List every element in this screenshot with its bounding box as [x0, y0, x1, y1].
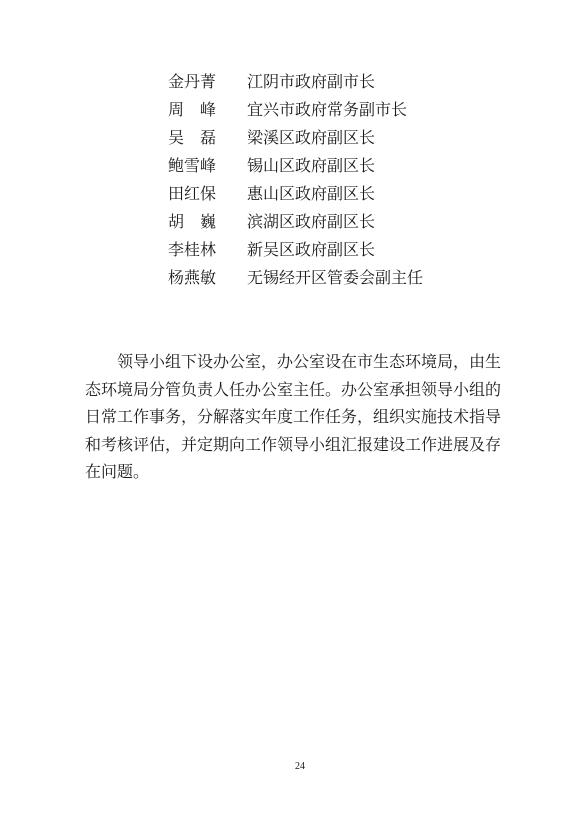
- official-name: 周 峰: [168, 97, 216, 125]
- page-number: 24: [295, 761, 305, 772]
- official-name: 李桂林: [168, 237, 216, 265]
- official-title: 无锡经开区管委会副主任: [247, 265, 423, 293]
- paragraph-line: 日常工作事务，分解落实年度工作任务，组织实施技术指导: [85, 404, 515, 432]
- paragraph-line: 在问题。: [85, 459, 515, 487]
- official-name: 鲍雪峰: [168, 153, 216, 181]
- official-title: 滨湖区政府副区长: [247, 209, 375, 237]
- roster-row: 吴 磊梁溪区政府副区长: [168, 125, 423, 153]
- paragraph-line: 态环境局分管负责人任办公室主任。办公室承担领导小组的: [85, 377, 515, 405]
- official-name: 田红保: [168, 181, 216, 209]
- official-title: 锡山区政府副区长: [247, 153, 375, 181]
- official-name: 胡 巍: [168, 209, 216, 237]
- roster-row: 周 峰宜兴市政府常务副市长: [168, 97, 423, 125]
- roster-row: 杨燕敏无锡经开区管委会副主任: [168, 265, 423, 293]
- official-name: 金丹菁: [168, 69, 216, 97]
- official-name: 吴 磊: [168, 125, 216, 153]
- official-title: 惠山区政府副区长: [247, 181, 375, 209]
- paragraph-line: 和考核评估，并定期向工作领导小组汇报建设工作进展及存: [85, 432, 515, 460]
- paragraph-line: 领导小组下设办公室，办公室设在市生态环境局，由生: [85, 349, 515, 377]
- official-title: 梁溪区政府副区长: [247, 125, 375, 153]
- official-title: 宜兴市政府常务副市长: [247, 97, 407, 125]
- official-roster: 金丹菁江阴市政府副市长 周 峰宜兴市政府常务副市长 吴 磊梁溪区政府副区长 鲍雪…: [168, 69, 423, 293]
- official-title: 新吴区政府副区长: [247, 237, 375, 265]
- roster-row: 田红保惠山区政府副区长: [168, 181, 423, 209]
- official-title: 江阴市政府副市长: [247, 69, 375, 97]
- roster-row: 金丹菁江阴市政府副市长: [168, 69, 423, 97]
- body-paragraph: 领导小组下设办公室，办公室设在市生态环境局，由生 态环境局分管负责人任办公室主任…: [85, 349, 515, 487]
- roster-row: 胡 巍滨湖区政府副区长: [168, 209, 423, 237]
- document-page: 金丹菁江阴市政府副市长 周 峰宜兴市政府常务副市长 吴 磊梁溪区政府副区长 鲍雪…: [0, 0, 585, 826]
- roster-row: 李桂林新吴区政府副区长: [168, 237, 423, 265]
- official-name: 杨燕敏: [168, 265, 216, 293]
- roster-row: 鲍雪峰锡山区政府副区长: [168, 153, 423, 181]
